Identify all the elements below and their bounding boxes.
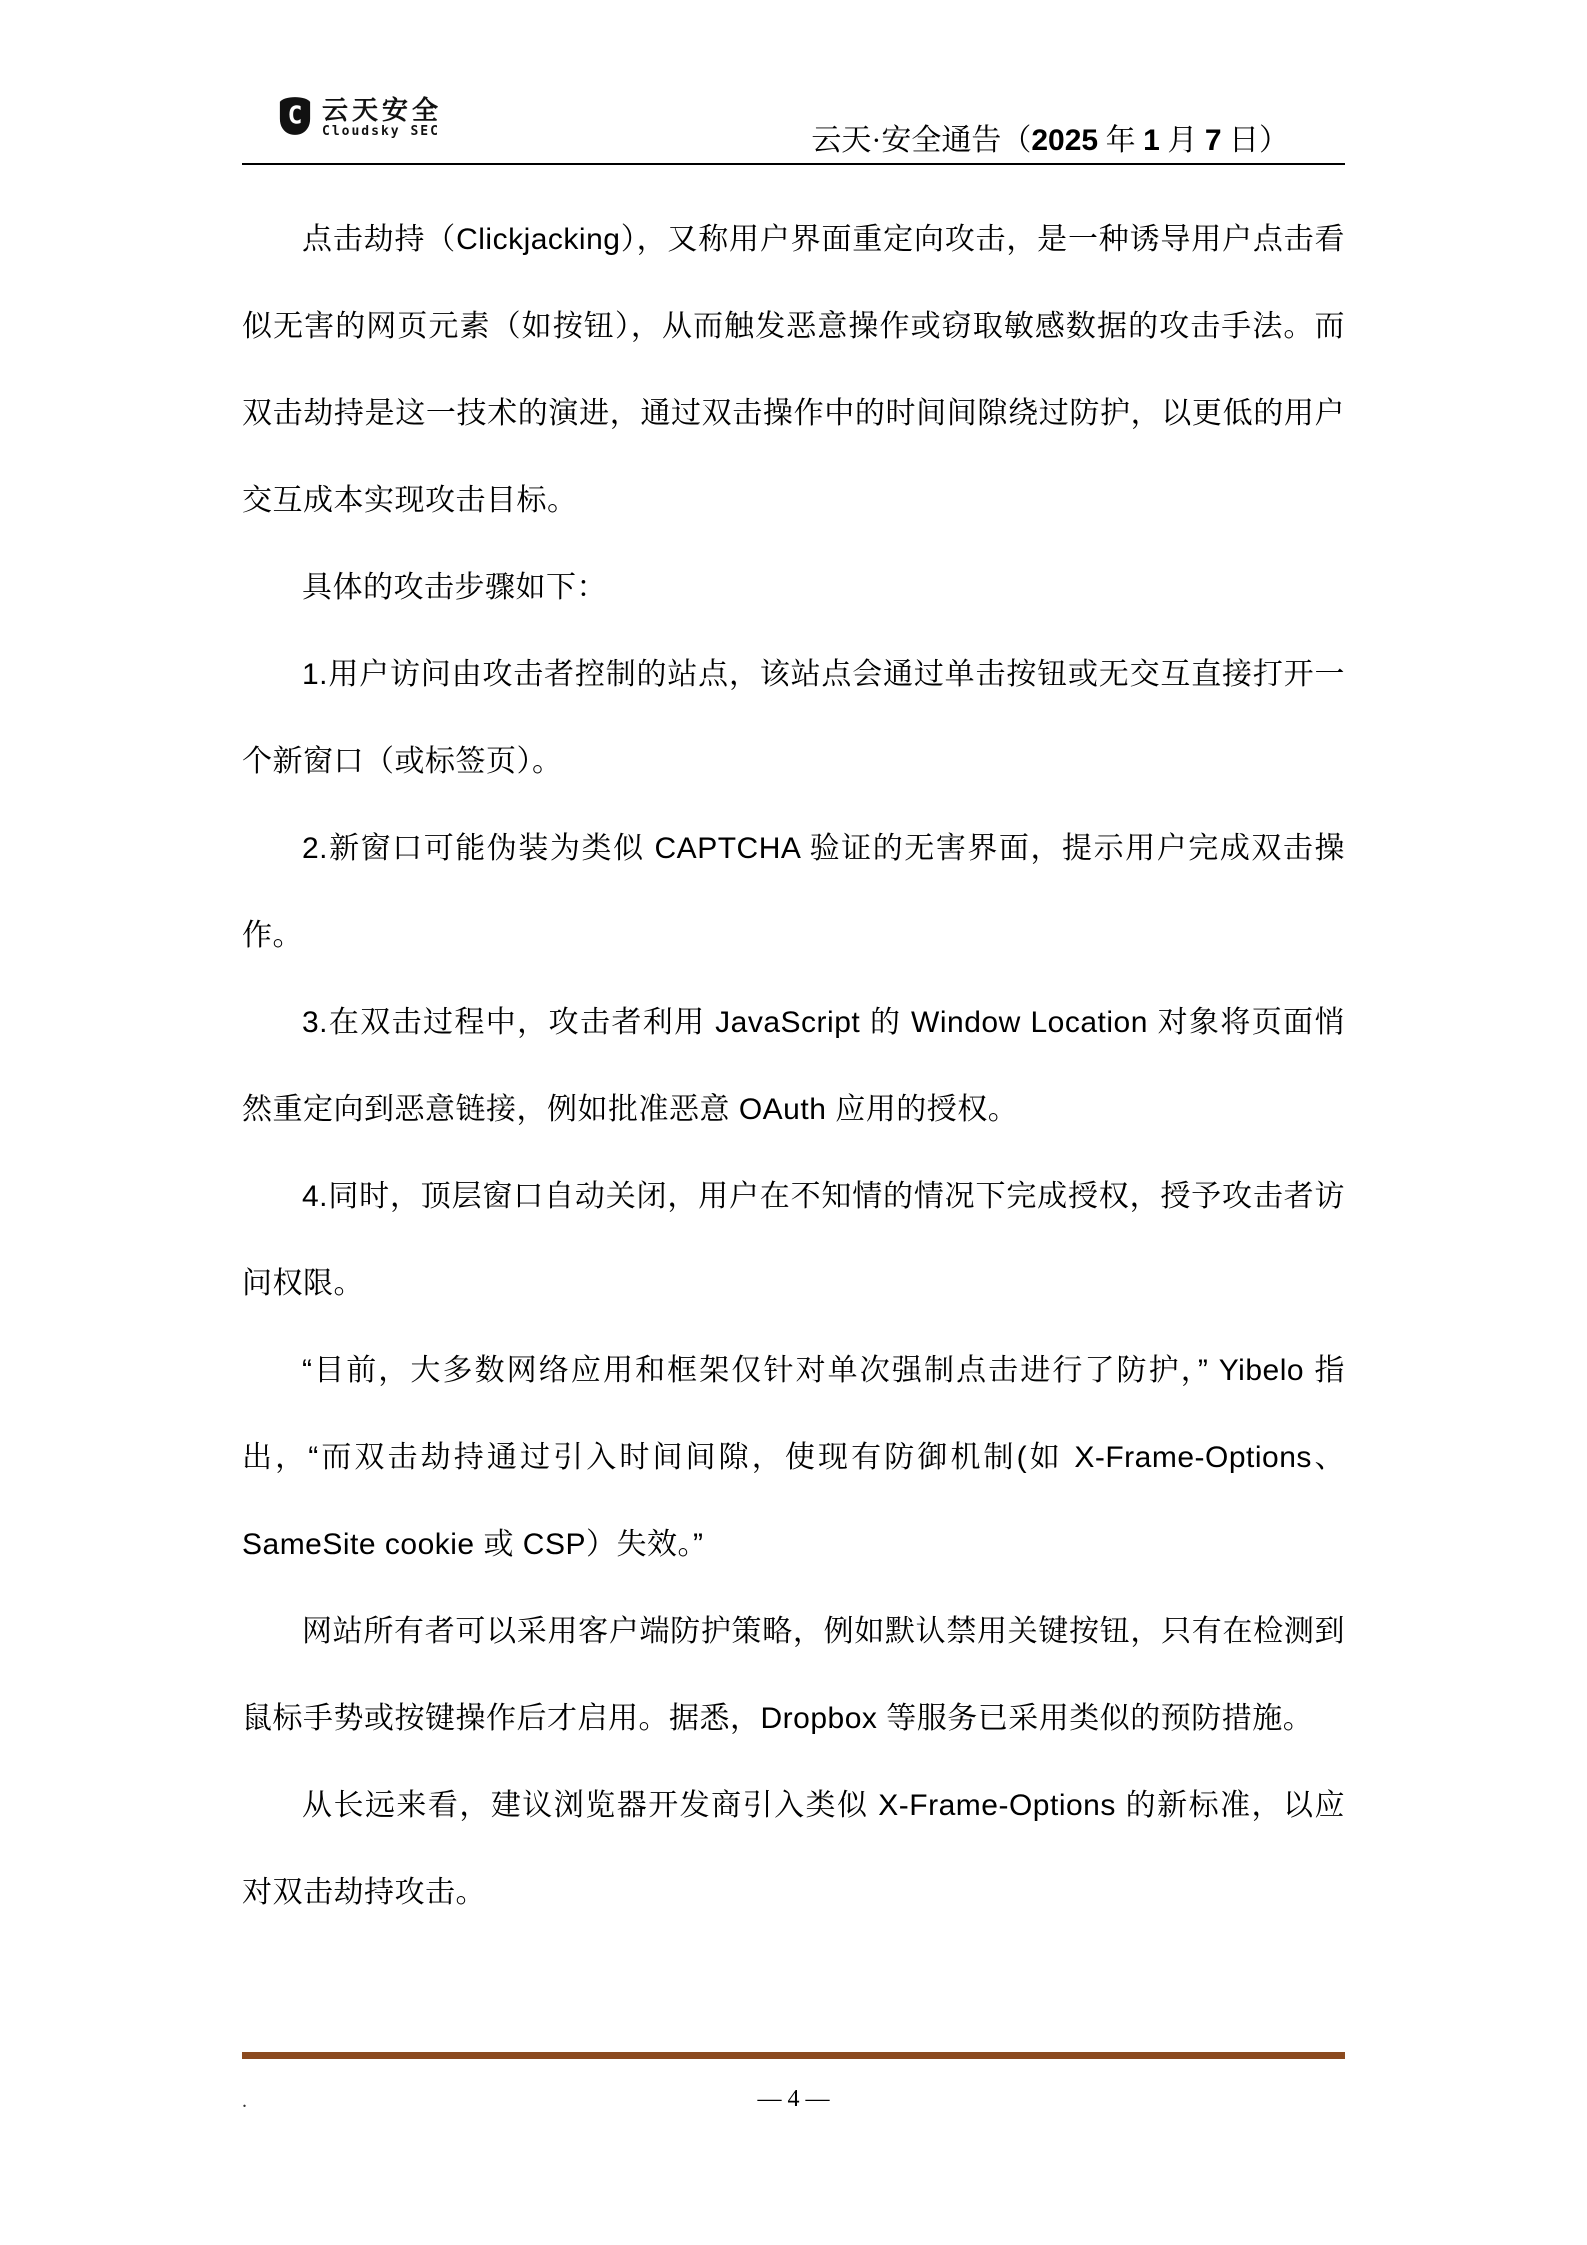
paragraph-step-3: 3.在双击过程中，攻击者利用 JavaScript 的 Window Locat… [242, 979, 1345, 1153]
paragraph-step-4: 4.同时，顶层窗口自动关闭，用户在不知情的情况下完成授权，授予攻击者访问权限。 [242, 1153, 1345, 1327]
title-day: 7 [1205, 124, 1222, 157]
page-header: C 云天安全 Cloudsky SEC 云天·安全通告（2025 年 1 月 7… [242, 92, 1345, 164]
paragraph-steps-heading: 具体的攻击步骤如下： [242, 544, 1345, 631]
page-number: — 4 — [242, 2086, 1345, 2113]
title-text: 年 [1098, 124, 1143, 157]
paragraph-intro: 点击劫持（Clickjacking），又称用户界面重定向攻击，是一种诱导用户点击… [242, 196, 1345, 544]
title-text: 月 [1160, 124, 1205, 157]
title-month: 1 [1143, 124, 1160, 157]
article-body: 点击劫持（Clickjacking），又称用户界面重定向攻击，是一种诱导用户点击… [242, 196, 1345, 1936]
title-text: 日） [1222, 124, 1290, 157]
paragraph-outlook: 从长远来看，建议浏览器开发商引入类似 X-Frame-Options 的新标准，… [242, 1762, 1345, 1936]
title-text: 云天·安全通告（ [811, 124, 1031, 157]
brand-name-en: Cloudsky SEC [322, 124, 442, 139]
logo-text: 云天安全 Cloudsky SEC [322, 96, 442, 139]
shield-c-logo-icon: C [278, 96, 312, 136]
paragraph-step-2: 2.新窗口可能伪装为类似 CAPTCHA 验证的无害界面，提示用户完成双击操作。 [242, 805, 1345, 979]
brand-name-cn: 云天安全 [322, 96, 442, 124]
paragraph-step-1: 1.用户访问由攻击者控制的站点，该站点会通过单击按钮或无交互直接打开一个新窗口（… [242, 631, 1345, 805]
paragraph-quote: “目前，大多数网络应用和框架仅针对单次强制点击进行了防护，” Yibelo 指出… [242, 1327, 1345, 1588]
paragraph-mitigation: 网站所有者可以采用客户端防护策略，例如默认禁用关键按钮，只有在检测到鼠标手势或按… [242, 1588, 1345, 1762]
header-divider [242, 163, 1345, 165]
bulletin-title: 云天·安全通告（2025 年 1 月 7 日） [811, 124, 1289, 158]
footer-divider [242, 2052, 1345, 2059]
title-year: 2025 [1031, 124, 1098, 157]
document-page: C 云天安全 Cloudsky SEC 云天·安全通告（2025 年 1 月 7… [0, 0, 1587, 2245]
cloudsky-logo: C 云天安全 Cloudsky SEC [278, 96, 442, 139]
logo-letter: C [288, 101, 303, 130]
